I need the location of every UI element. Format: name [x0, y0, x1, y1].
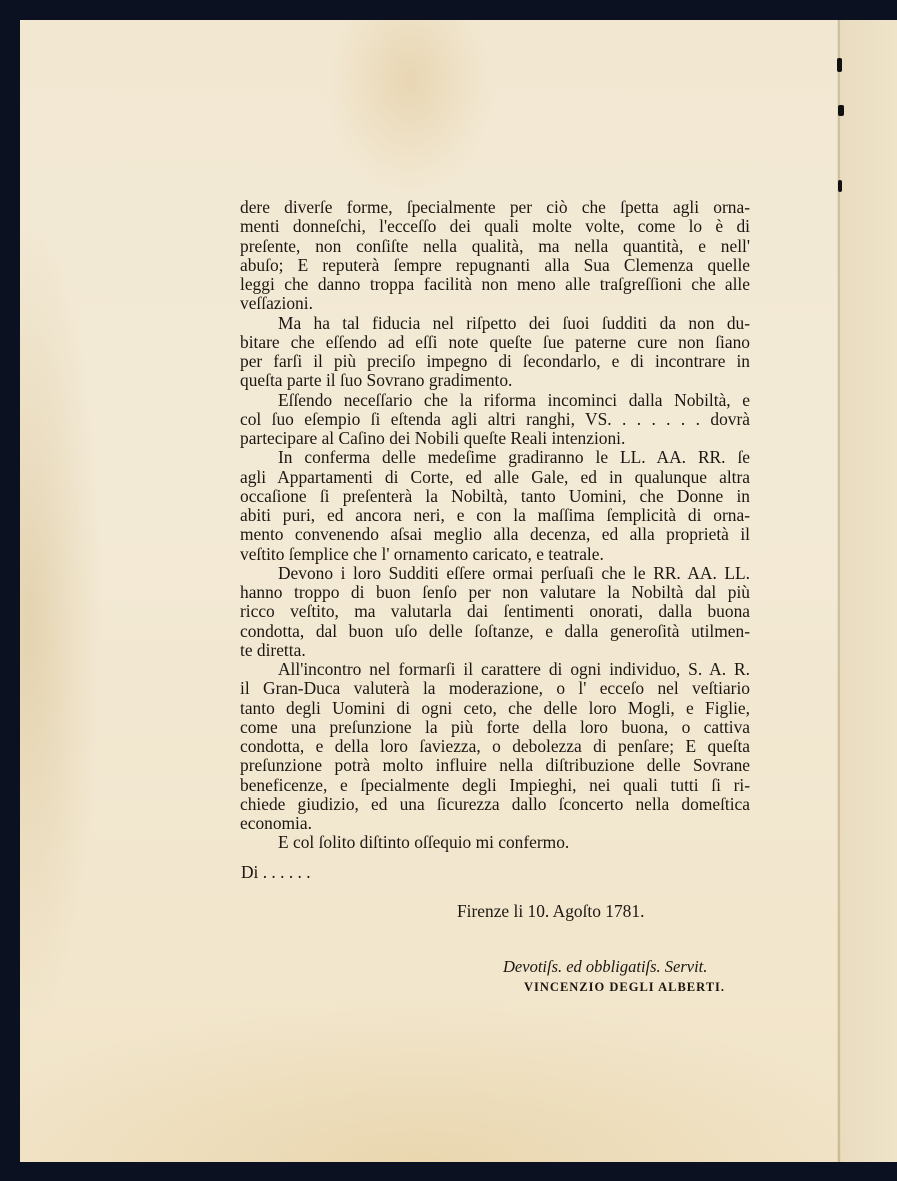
dateline: Firenze li 10. Agoſto 1781. [457, 901, 644, 922]
paragraph: dere diverſe forme, ſpecialmente per ciò… [240, 198, 750, 314]
paragraph: Ma ha tal fiducia nel riſpetto dei ſuoi … [240, 314, 750, 391]
document-page: dere diverſe forme, ſpecialmente per ciò… [20, 20, 897, 1162]
text-line: ricco veſtito, ma valutarla dai ſentimen… [240, 602, 750, 621]
text-line: abuſo; E reputerà ſempre repugnanti alla… [240, 256, 750, 275]
paragraph: Eſſendo neceſſario che la riforma incomi… [240, 391, 750, 449]
text-line: tanto degli Uomini di ogni ceto, che del… [240, 699, 750, 718]
paragraph: All'incontro nel formarſi il carattere d… [240, 660, 750, 833]
text-line: hanno troppo di buon ſenſo per non valut… [240, 583, 750, 602]
binding-hole [837, 58, 842, 72]
text-line: bitare che eſſendo ad eſſi note queſte ſ… [240, 333, 750, 352]
text-line: partecipare al Caſino dei Nobili queſte … [240, 429, 750, 448]
text-line: dere diverſe forme, ſpecialmente per ciò… [240, 198, 750, 217]
text-line: E col ſolito diſtinto oſſequio mi confer… [240, 833, 750, 852]
text-line: Devono i loro Sudditi eſſere ormai perſu… [240, 564, 750, 583]
text-line: col ſuo eſempio ſi eſtenda agli altri ra… [240, 410, 750, 429]
letter-body: dere diverſe forme, ſpecialmente per ciò… [240, 198, 750, 853]
text-line: il Gran-Duca valuterà la moderazione, o … [240, 679, 750, 698]
text-line: chiede giudizio, ed una ſicurezza dallo … [240, 795, 750, 814]
text-line: agli Appartamenti di Corte, ed alle Gale… [240, 468, 750, 487]
paragraph: In conferma delle medeſime gradiranno le… [240, 448, 750, 564]
salutation: Di . . . . . . [241, 862, 311, 883]
text-line: All'incontro nel formarſi il carattere d… [240, 660, 750, 679]
text-line: beneficenze, e ſpecialmente degli Impieg… [240, 776, 750, 795]
text-line: economia. [240, 814, 750, 833]
binding-hole [838, 105, 844, 116]
binding-hole [838, 180, 842, 192]
text-line: veſtito ſemplice che l' ornamento carica… [240, 545, 750, 564]
text-line: te diretta. [240, 641, 750, 660]
adjacent-leaf [841, 20, 897, 1162]
text-line: veſſazioni. [240, 294, 750, 313]
text-line: menti donneſchi, l'ecceſſo dei quali mol… [240, 217, 750, 236]
valediction: Devotiſs. ed obbligatiſs. Servit. [503, 957, 707, 977]
text-line: Eſſendo neceſſario che la riforma incomi… [240, 391, 750, 410]
signatory-name: VINCENZIO DEGLI ALBERTI. [524, 980, 725, 995]
text-line: leggi che danno troppa facilità non meno… [240, 275, 750, 294]
text-line: In conferma delle medeſime gradiranno le… [240, 448, 750, 467]
text-line: condotta, dal buon uſo delle ſoſtanze, e… [240, 622, 750, 641]
text-line: preſente, non conſiſte nella qualità, ma… [240, 237, 750, 256]
text-line: mento convenendo aſsai meglio alla decen… [240, 525, 750, 544]
text-line: condotta, e della loro ſaviezza, o debol… [240, 737, 750, 756]
text-line: abiti puri, ed ancora neri, e con la maſ… [240, 506, 750, 525]
text-line: queſta parte il ſuo Sovrano gradimento. [240, 371, 750, 390]
text-line: come una preſunzione la più forte della … [240, 718, 750, 737]
text-line: occaſione ſi preſenterà la Nobiltà, tant… [240, 487, 750, 506]
text-line: per farſi il più preciſo impegno di ſeco… [240, 352, 750, 371]
paragraph: Devono i loro Sudditi eſſere ormai perſu… [240, 564, 750, 660]
text-line: preſunzione potrà molto influire nella d… [240, 756, 750, 775]
paragraph: E col ſolito diſtinto oſſequio mi confer… [240, 833, 750, 852]
text-line: Ma ha tal fiducia nel riſpetto dei ſuoi … [240, 314, 750, 333]
